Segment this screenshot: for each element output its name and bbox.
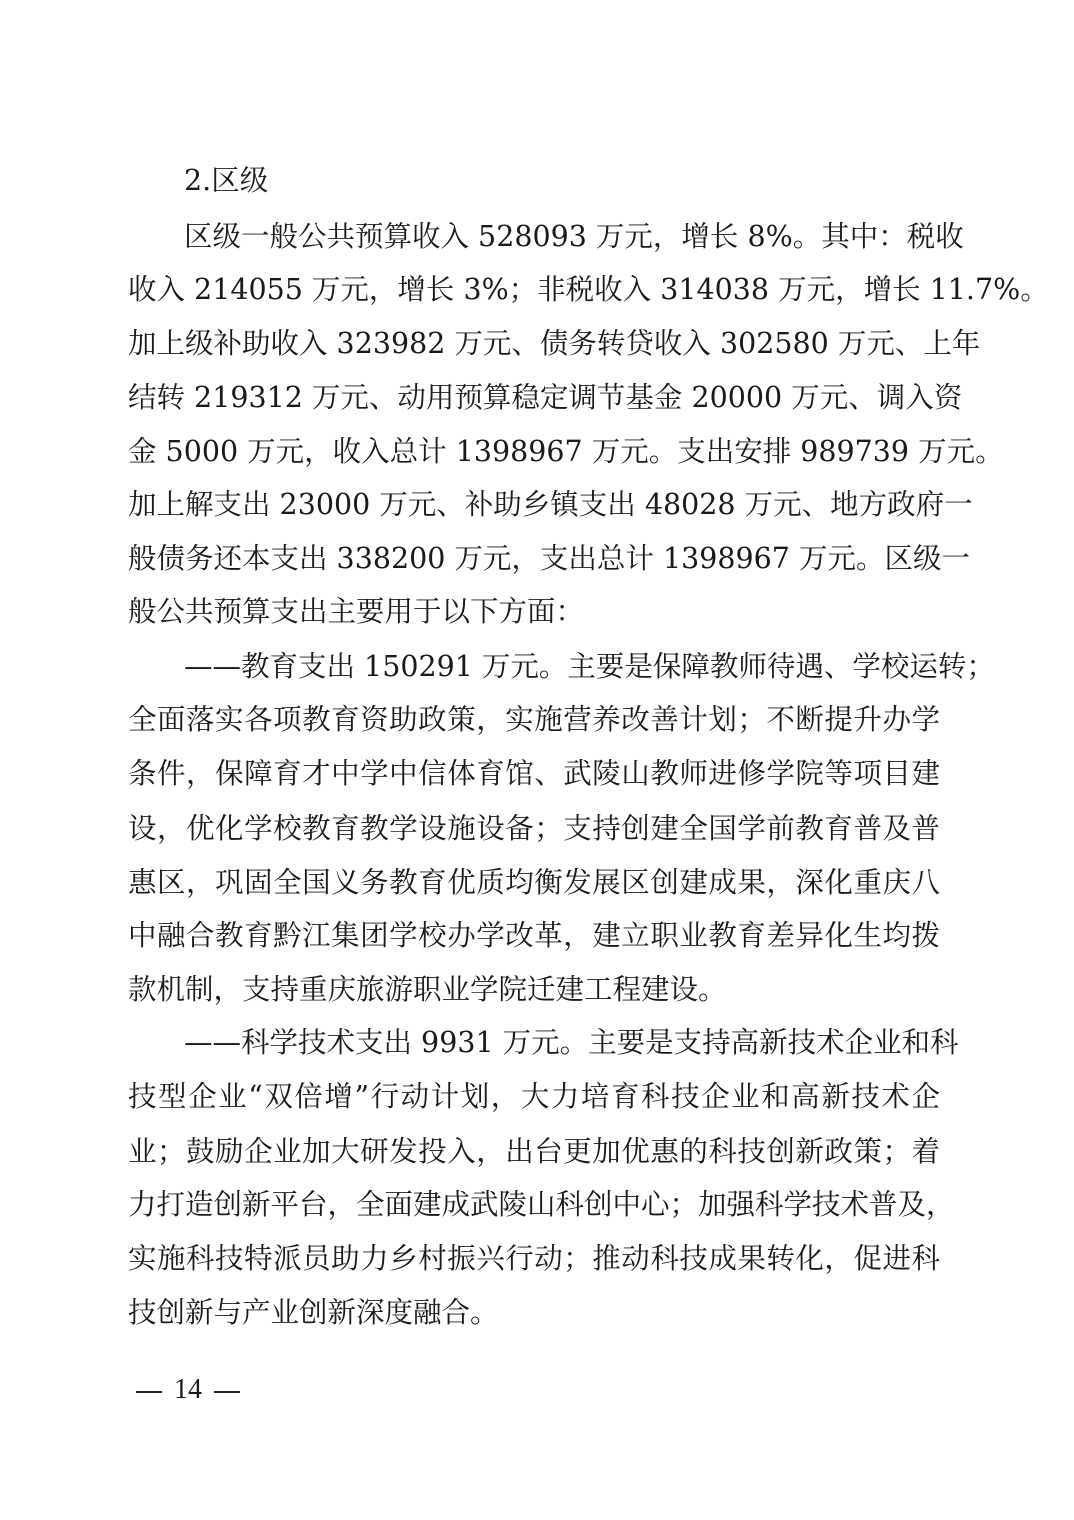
- paragraph-line: 全面落实各项教育资助政策，实施营养改善计划；不断提升办学: [128, 700, 940, 740]
- paragraph-line: ——教育支出 150291 万元。主要是保障教师待遇、学校运转；: [184, 647, 940, 687]
- paragraph-line: 条件，保障育才中学中信体育馆、武陵山教师进修学院等项目建: [128, 754, 940, 794]
- paragraph-line: 技创新与产业创新深度融合。: [128, 1293, 940, 1333]
- dash-right-icon: [214, 1391, 240, 1393]
- dash-left-icon: [136, 1391, 162, 1393]
- paragraph-line: 力打造创新平台，全面建成武陵山科创中心；加强科学技术普及，: [128, 1185, 940, 1225]
- paragraph-line: 般公共预算支出主要用于以下方面：: [128, 592, 940, 632]
- paragraph-line: 金 5000 万元，收入总计 1398967 万元。支出安排 989739 万元…: [128, 432, 940, 472]
- paragraph-line: 业；鼓励企业加大研发投入，出台更加优惠的科技创新政策；着: [128, 1132, 940, 1172]
- paragraph-line: 结转 219312 万元、动用预算稳定调节基金 20000 万元、调入资: [128, 378, 940, 418]
- paragraph-line: 加上解支出 23000 万元、补助乡镇支出 48028 万元、地方政府一: [128, 485, 940, 525]
- paragraph-line: 加上级补助收入 323982 万元、债务转贷收入 302580 万元、上年: [128, 324, 940, 364]
- page-number: 14: [174, 1374, 202, 1405]
- paragraph-line: 设，优化学校教育教学设施设备；支持创建全国学前教育普及普: [128, 809, 940, 849]
- paragraph-line: 般债务还本支出 338200 万元，支出总计 1398967 万元。区级一: [128, 539, 940, 579]
- paragraph-line: 收入 214055 万元，增长 3%；非税收入 314038 万元，增长 11.…: [128, 270, 940, 310]
- document-page: 2.区级 区级一般公共预算收入 528093 万元，增长 8%。其中：税收 收入…: [0, 0, 1074, 1520]
- paragraph-line: ——科学技术支出 9931 万元。主要是支持高新技术企业和科: [184, 1023, 940, 1063]
- paragraph-line: 区级一般公共预算收入 528093 万元，增长 8%。其中：税收: [184, 217, 940, 257]
- paragraph-line: 中融合教育黔江集团学校办学改革，建立职业教育差异化生均拨: [128, 916, 940, 956]
- paragraph-line: 惠区，巩固全国义务教育优质均衡发展区创建成果，深化重庆八: [128, 863, 940, 903]
- page-footer: 14: [124, 1370, 252, 1410]
- paragraph-line: 款机制，支持重庆旅游职业学院迁建工程建设。: [128, 970, 940, 1010]
- paragraph-line: 技型企业“双倍增”行动计划，大力培育科技企业和高新技术企: [128, 1077, 940, 1117]
- paragraph-line: 实施科技特派员助力乡村振兴行动；推动科技成果转化，促进科: [128, 1239, 940, 1279]
- section-heading: 2.区级: [184, 161, 940, 201]
